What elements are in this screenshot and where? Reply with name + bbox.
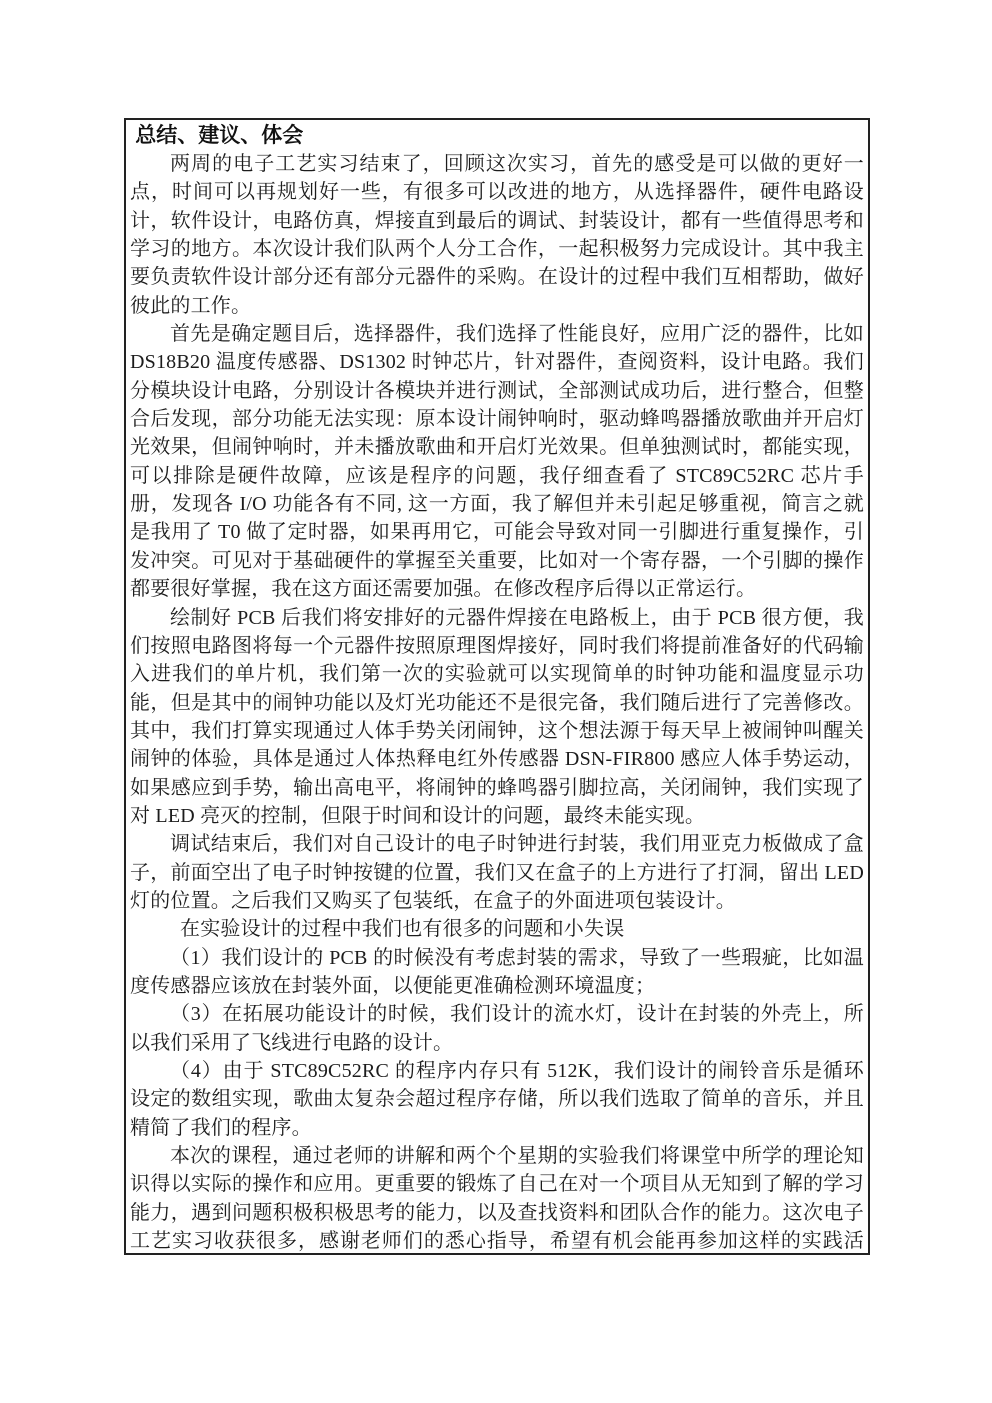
paragraph-problems-lead-in: 在实验设计的过程中我们也有很多的问题和小失误 [130,915,864,943]
paragraph-component-selection: 首先是确定题目后，选择器件，我们选择了性能良好，应用广泛的器件，比如 DS18B… [130,320,864,603]
paragraph-problem-4: （4）由于 STC89C52RC 的程序内存只有 512K，我们设计的闹铃音乐是… [130,1057,864,1142]
paragraph-problem-1: （1）我们设计的 PCB 的时候没有考虑封装的需求，导致了一些瑕疵，比如温度传感… [130,944,864,1001]
section-title: 总结、建议、体会 [130,122,864,150]
document-page: 总结、建议、体会 两周的电子工艺实习结束了，回顾这次实习，首先的感受是可以做的更… [0,0,992,1403]
summary-table-cell: 总结、建议、体会 两周的电子工艺实习结束了，回顾这次实习，首先的感受是可以做的更… [124,118,870,1255]
paragraph-packaging: 调试结束后，我们对自己设计的电子时钟进行封装，我们用亚克力板做成了盒子，前面空出… [130,830,864,915]
paragraph-conclusion: 本次的课程，通过老师的讲解和两个个星期的实验我们将课堂中所学的理论知识得以实际的… [130,1142,864,1255]
paragraph-intro: 两周的电子工艺实习结束了，回顾这次实习，首先的感受是可以做的更好一点，时间可以再… [130,150,864,320]
paragraph-problem-3: （3）在拓展功能设计的时候，我们设计的流水灯，设计在封装的外壳上，所以我们采用了… [130,1000,864,1057]
paragraph-pcb-soldering: 绘制好 PCB 后我们将安排好的元器件焊接在电路板上，由于 PCB 很方便，我们… [130,604,864,831]
